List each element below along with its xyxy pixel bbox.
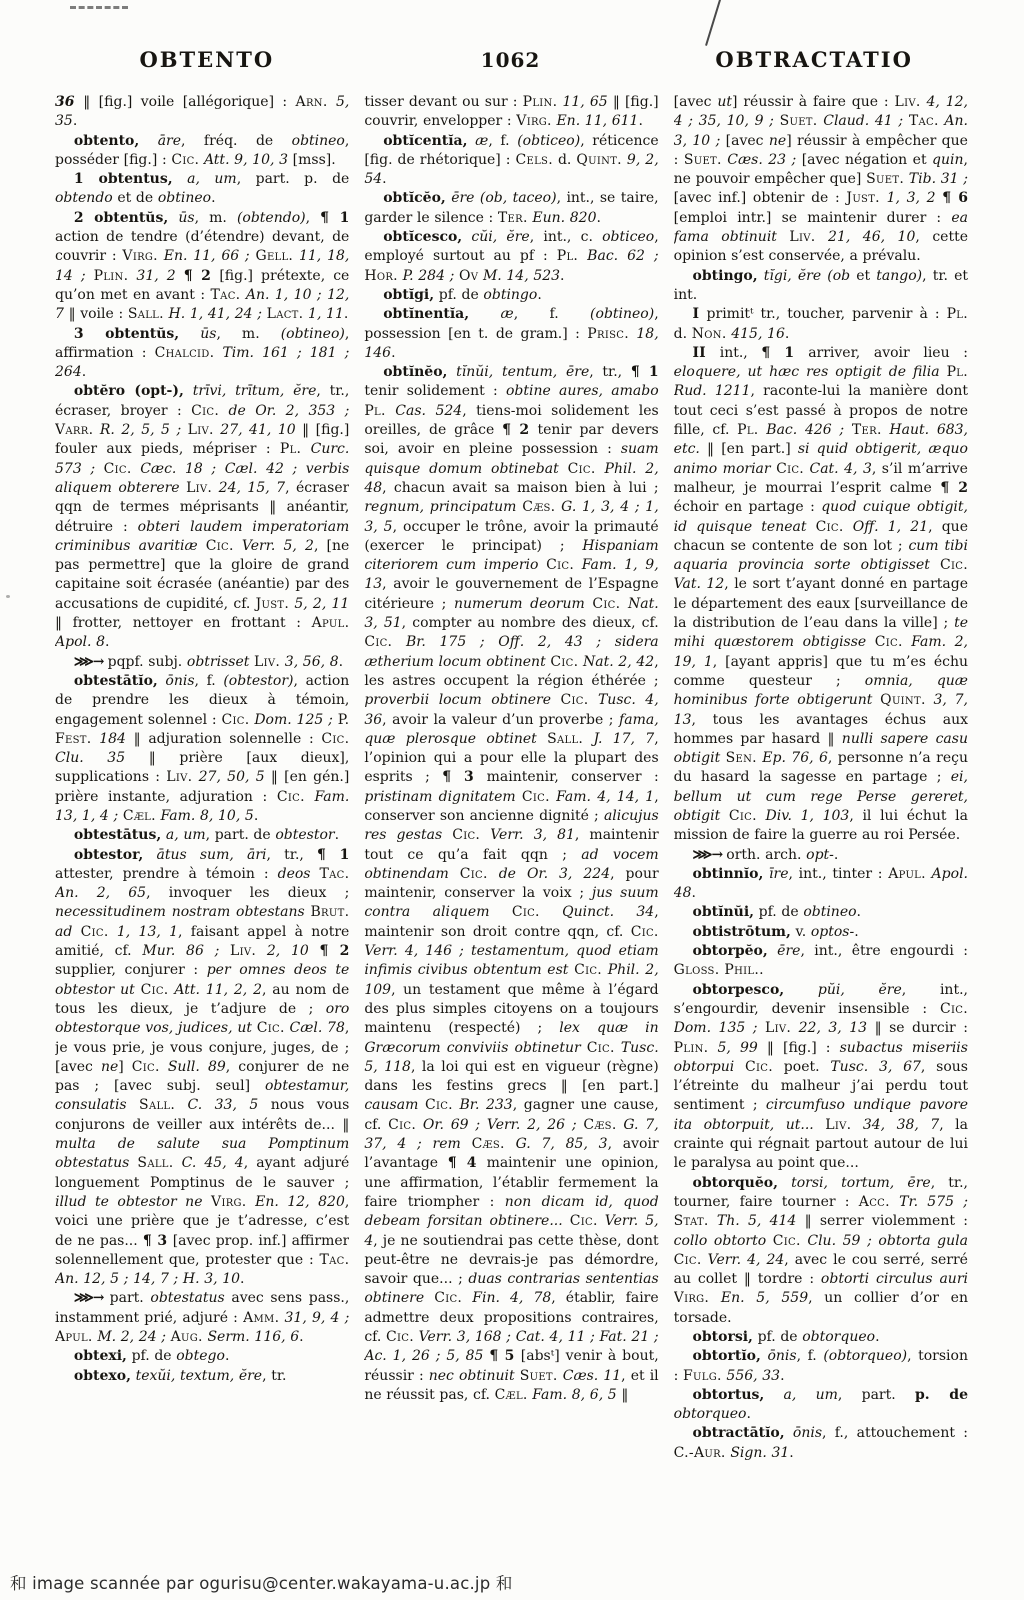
- continuation-paragraph: [avec ut] réussir à faire que : Liv. 4, …: [674, 93, 968, 267]
- dictionary-entry: obtĭnentĭa, æ, f. (obtineo), possession …: [364, 305, 658, 363]
- running-header: OBTENTO 1062 OBTRACTATIO: [55, 47, 966, 72]
- dictionary-entry: 1 obtentus, a, um, part. p. de obtendo e…: [55, 170, 349, 209]
- dictionary-entry: obtexo, texŭi, textum, ĕre, tr.: [55, 1367, 349, 1386]
- dictionary-entry: obtorquĕo, torsi, tortum, ēre, tr., tour…: [674, 1174, 968, 1328]
- dictionary-entry: obtistrōtum, v. optos-.: [674, 923, 968, 942]
- dictionary-entry: obtorsi, pf. de obtorqueo.: [674, 1328, 968, 1347]
- page-number: 1062: [359, 48, 663, 72]
- dictionary-entry: obtortus, a, um, part. p. de obtorqueo.: [674, 1386, 968, 1425]
- dictionary-entry: obtractātĭo, ōnis, f., attouchement : C.…: [674, 1424, 968, 1463]
- dictionary-entry: obtĭcentĭa, æ, f. (obticeo), réticence […: [364, 132, 658, 190]
- sub-entry: II int., ¶ 1 arriver, avoir lieu : eloqu…: [674, 344, 968, 846]
- sub-entry: I primitᵗ tr., toucher, parvenir à : Pl.…: [674, 305, 968, 344]
- dictionary-entry: obtingo, tĭgi, ĕre (ob et tango), tr. et…: [674, 267, 968, 306]
- dictionary-entry: obtestātĭo, ōnis, f. (obtestor), action …: [55, 672, 349, 826]
- running-head-left: OBTENTO: [55, 47, 359, 72]
- dictionary-entry: obtĭgi, pf. de obtingo.: [364, 286, 658, 305]
- dictionary-entry: obtento, āre, fréq. de obtineo, posséder…: [55, 132, 349, 171]
- dictionary-entry: obtinnĭo, īre, int., tinter : Apul. Apol…: [674, 865, 968, 904]
- column-2: tisser devant ou sur : Plin. 11, 65 ‖ [f…: [364, 93, 658, 1556]
- running-head-right: OBTRACTATIO: [662, 47, 966, 72]
- dictionary-entry: obtĭnĕo, tĭnŭi, tentum, ēre, tr., ¶ 1 te…: [364, 363, 658, 1405]
- dictionary-entry: obtestor, ātus sum, āri, tr., ¶ 1 attest…: [55, 846, 349, 1290]
- continuation-paragraph: 36 ‖ [fig.] voile [allégorique] : Arn. 5…: [55, 93, 349, 132]
- column-1: 36 ‖ [fig.] voile [allégorique] : Arn. 5…: [55, 93, 349, 1556]
- dictionary-entry: obtĭcesco, cŭi, ĕre, int., c. obticeo, e…: [364, 228, 658, 286]
- dictionary-page: OBTENTO 1062 OBTRACTATIO 36 ‖ [fig.] voi…: [0, 0, 1024, 1600]
- scan-credit: 和 image scannée par ogurisu@center.wakay…: [10, 1570, 513, 1594]
- dictionary-entry: obtortĭo, ōnis, f. (obtorqueo), torsion …: [674, 1347, 968, 1386]
- scan-artifact-scratch: [705, 0, 723, 46]
- column-3: [avec ut] réussir à faire que : Liv. 4, …: [674, 93, 968, 1556]
- dictionary-entry: 3 obtentŭs, ūs, m. (obtineo), affirmatio…: [55, 325, 349, 383]
- continuation-paragraph: tisser devant ou sur : Plin. 11, 65 ‖ [f…: [364, 93, 658, 132]
- remark-paragraph: ⋙→ pqpf. subj. obtrisset Liv. 3, 56, 8.: [55, 653, 349, 672]
- remark-paragraph: ⋙→ orth. arch. opt-.: [674, 846, 968, 865]
- dictionary-entry: obtĭnŭi, pf. de obtineo.: [674, 903, 968, 922]
- scan-artifact-dashes: [70, 6, 128, 9]
- dictionary-entry: obtĕro (opt-), trīvi, trītum, ĕre, tr., …: [55, 382, 349, 652]
- dictionary-entry: 2 obtentŭs, ūs, m. (obtendo), ¶ 1 action…: [55, 209, 349, 325]
- dictionary-entry: obtorpĕo, ēre, int., être engourdi : Glo…: [674, 942, 968, 981]
- dictionary-entry: obtorpesco, pŭi, ĕre, int., s’engourdir,…: [674, 981, 968, 1174]
- dictionary-entry: obtestātus, a, um, part. de obtestor.: [55, 826, 349, 845]
- dictionary-entry: obtĭcĕo, ēre (ob, taceo), int., se taire…: [364, 189, 658, 228]
- remark-paragraph: ⋙→ part. obtestatus avec sens pass., ins…: [55, 1289, 349, 1347]
- dictionary-entry: obtexi, pf. de obtego.: [55, 1347, 349, 1366]
- scan-artifact-dot: [6, 595, 10, 598]
- text-columns: 36 ‖ [fig.] voile [allégorique] : Arn. 5…: [55, 93, 968, 1556]
